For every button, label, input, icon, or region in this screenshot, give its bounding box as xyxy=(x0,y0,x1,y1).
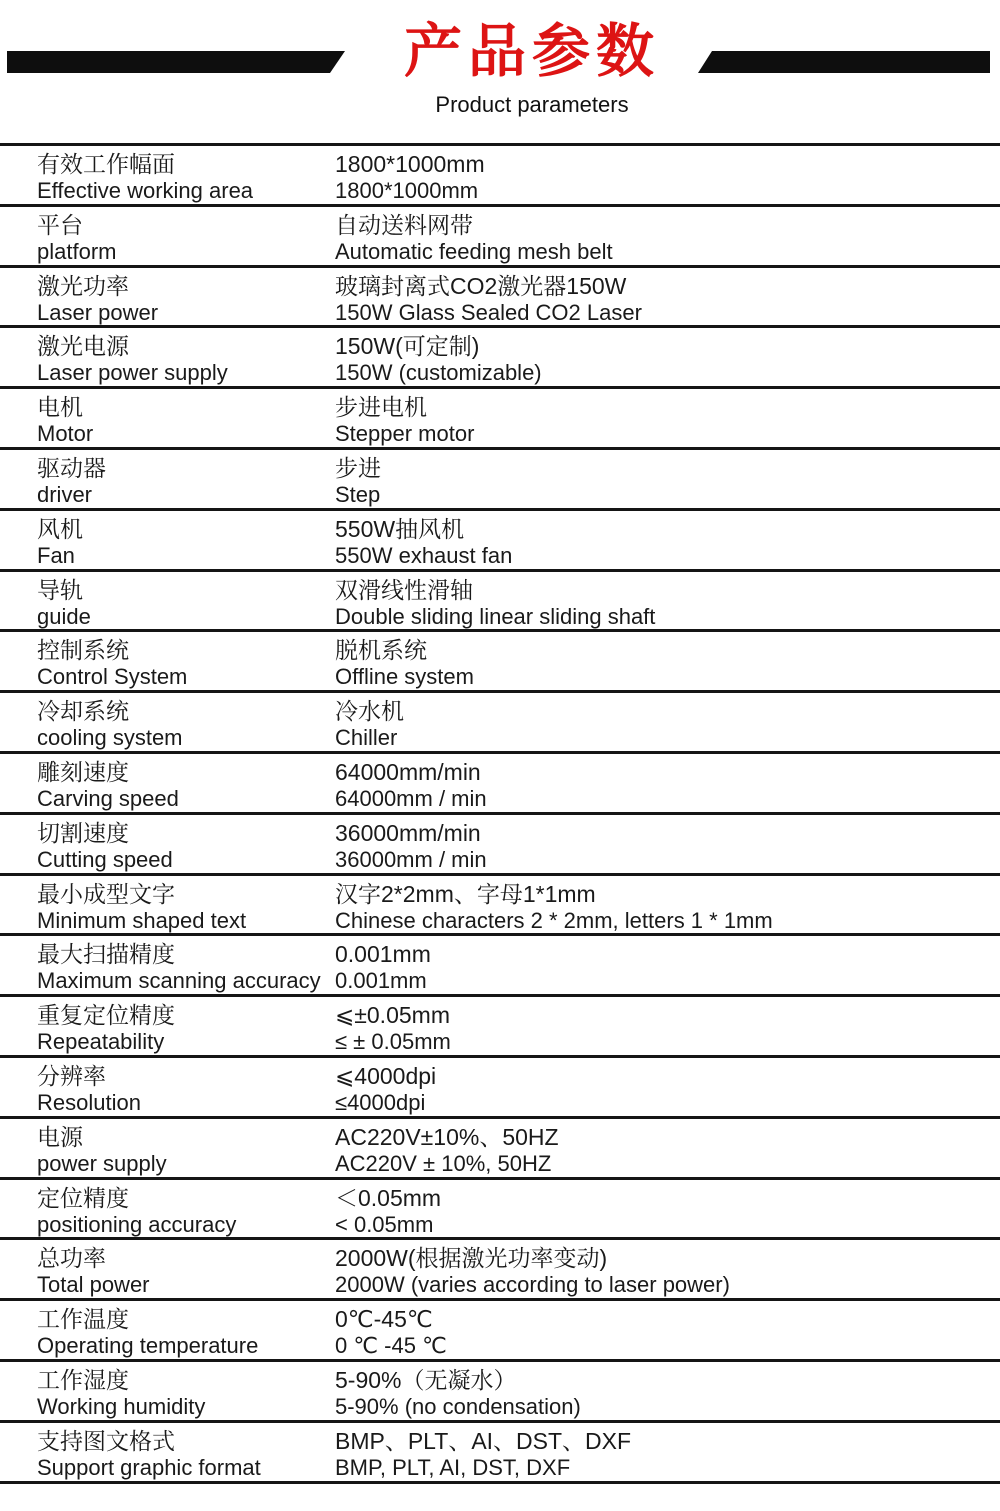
param-label-zh: 最大扫描精度 xyxy=(37,940,335,968)
param-value-en: 0.001mm xyxy=(335,968,1000,994)
param-value-en: Stepper motor xyxy=(335,421,1000,447)
param-value-en: 2000W (varies according to laser power) xyxy=(335,1272,1000,1298)
table-row: 控制系统 Control System 脱机系统 Offline system xyxy=(0,629,1000,690)
param-label-en: cooling system xyxy=(37,725,335,751)
header: 产品参数 Product parameters xyxy=(0,0,1000,143)
table-row: 电源 power supply AC220V±10%、50HZ AC220V ±… xyxy=(0,1116,1000,1177)
param-label-en: Carving speed xyxy=(37,786,335,812)
param-label-en: Support graphic format xyxy=(37,1455,335,1481)
param-value-zh: 0.001mm xyxy=(335,940,1000,968)
param-value-zh: 冷水机 xyxy=(335,697,1000,725)
param-label-en: Resolution xyxy=(37,1090,335,1116)
param-label-en: Minimum shaped text xyxy=(37,908,335,934)
table-row: 最小成型文字 Minimum shaped text 汉字2*2mm、字母1*1… xyxy=(0,873,1000,934)
table-row: 重复定位精度 Repeatability ⩽±0.05mm ≤ ± 0.05mm xyxy=(0,994,1000,1055)
param-label-zh: 导轨 xyxy=(37,576,335,604)
param-value-en: ≤4000dpi xyxy=(335,1090,1000,1116)
param-label-en: power supply xyxy=(37,1151,335,1177)
param-label-en: Laser power supply xyxy=(37,360,335,386)
parameters-table: 有效工作幅面 Effective working area 1800*1000m… xyxy=(0,143,1000,1484)
page-subtitle: Product parameters xyxy=(64,92,1000,118)
param-value-zh: 64000mm/min xyxy=(335,758,1000,786)
param-value-zh: ＜0.05mm xyxy=(335,1184,1000,1212)
param-label-zh: 定位精度 xyxy=(37,1184,335,1212)
param-value-en: 0 ℃ -45 ℃ xyxy=(335,1333,1000,1359)
param-value-en: 550W exhaust fan xyxy=(335,543,1000,569)
table-row: 有效工作幅面 Effective working area 1800*1000m… xyxy=(0,143,1000,204)
param-value-en: Double sliding linear sliding shaft xyxy=(335,604,1000,630)
param-value-en: 5-90% (no condensation) xyxy=(335,1394,1000,1420)
param-label-zh: 工作温度 xyxy=(37,1305,335,1333)
table-row: 工作湿度 Working humidity 5-90%（无凝水） 5-90% (… xyxy=(0,1359,1000,1420)
param-label-zh: 风机 xyxy=(37,515,335,543)
table-row: 定位精度 positioning accuracy ＜0.05mm < 0.05… xyxy=(0,1177,1000,1238)
param-value-zh: 150W(可定制) xyxy=(335,332,1000,360)
table-row: 风机 Fan 550W抽风机 550W exhaust fan xyxy=(0,508,1000,569)
param-label-en: Operating temperature xyxy=(37,1333,335,1359)
table-row: 导轨 guide 双滑线性滑轴 Double sliding linear sl… xyxy=(0,569,1000,630)
page-title: 产品参数 xyxy=(64,22,1000,82)
param-label-zh: 驱动器 xyxy=(37,454,335,482)
param-label-zh: 支持图文格式 xyxy=(37,1427,335,1455)
param-label-en: Working humidity xyxy=(37,1394,335,1420)
param-value-zh: 玻璃封离式CO2激光器150W xyxy=(335,272,1000,300)
table-row: 驱动器 driver 步进 Step xyxy=(0,447,1000,508)
table-row: 冷却系统 cooling system 冷水机 Chiller xyxy=(0,690,1000,751)
table-row: 分辨率 Resolution ⩽4000dpi ≤4000dpi xyxy=(0,1055,1000,1116)
param-label-en: Motor xyxy=(37,421,335,447)
param-value-en: 150W Glass Sealed CO2 Laser xyxy=(335,300,1000,326)
param-value-zh: 汉字2*2mm、字母1*1mm xyxy=(335,880,1000,908)
param-value-en: ≤ ± 0.05mm xyxy=(335,1029,1000,1055)
table-row: 最大扫描精度 Maximum scanning accuracy 0.001mm… xyxy=(0,933,1000,994)
param-label-en: Laser power xyxy=(37,300,335,326)
param-label-zh: 雕刻速度 xyxy=(37,758,335,786)
param-value-en: 1800*1000mm xyxy=(335,178,1000,204)
param-label-zh: 电源 xyxy=(37,1123,335,1151)
table-row: 切割速度 Cutting speed 36000mm/min 36000mm /… xyxy=(0,812,1000,873)
param-label-zh: 工作湿度 xyxy=(37,1366,335,1394)
param-value-zh: 步进 xyxy=(335,454,1000,482)
table-row: 激光功率 Laser power 玻璃封离式CO2激光器150W 150W Gl… xyxy=(0,265,1000,326)
table-row: 工作温度 Operating temperature 0℃-45℃ 0 ℃ -4… xyxy=(0,1298,1000,1359)
table-row: 激光电源 Laser power supply 150W(可定制) 150W (… xyxy=(0,325,1000,386)
param-label-zh: 电机 xyxy=(37,393,335,421)
param-value-en: Offline system xyxy=(335,664,1000,690)
table-row: 支持图文格式 Support graphic format BMP、PLT、AI… xyxy=(0,1420,1000,1481)
param-label-en: Cutting speed xyxy=(37,847,335,873)
param-label-en: Repeatability xyxy=(37,1029,335,1055)
param-label-zh: 冷却系统 xyxy=(37,697,335,725)
param-value-zh: 0℃-45℃ xyxy=(335,1305,1000,1333)
param-label-en: Maximum scanning accuracy xyxy=(37,968,335,994)
param-value-en: 36000mm / min xyxy=(335,847,1000,873)
param-label-zh: 重复定位精度 xyxy=(37,1001,335,1029)
param-value-en: 150W (customizable) xyxy=(335,360,1000,386)
param-label-en: platform xyxy=(37,239,335,265)
param-value-zh: 自动送料网带 xyxy=(335,211,1000,239)
param-value-zh: AC220V±10%、50HZ xyxy=(335,1123,1000,1151)
param-label-en: Total power xyxy=(37,1272,335,1298)
param-label-en: Effective working area xyxy=(37,178,335,204)
param-label-zh: 激光电源 xyxy=(37,332,335,360)
table-row: 总功率 Total power 2000W(根据激光功率变动) 2000W (v… xyxy=(0,1237,1000,1298)
param-value-en: BMP, PLT, AI, DST, DXF xyxy=(335,1455,1000,1481)
product-parameters-page: 产品参数 Product parameters 有效工作幅面 Effective… xyxy=(0,0,1000,1511)
param-label-zh: 平台 xyxy=(37,211,335,239)
param-label-zh: 控制系统 xyxy=(37,636,335,664)
table-row: 平台 platform 自动送料网带 Automatic feeding mes… xyxy=(0,204,1000,265)
param-value-en: Chiller xyxy=(335,725,1000,751)
table-row: 电机 Motor 步进电机 Stepper motor xyxy=(0,386,1000,447)
param-value-en: 64000mm / min xyxy=(335,786,1000,812)
param-value-zh: BMP、PLT、AI、DST、DXF xyxy=(335,1427,1000,1455)
param-label-en: Control System xyxy=(37,664,335,690)
param-value-en: Automatic feeding mesh belt xyxy=(335,239,1000,265)
param-value-en: Chinese characters 2 * 2mm, letters 1 * … xyxy=(335,908,1000,934)
param-label-zh: 总功率 xyxy=(37,1244,335,1272)
param-value-en: AC220V ± 10%, 50HZ xyxy=(335,1151,1000,1177)
param-value-zh: ⩽4000dpi xyxy=(335,1062,1000,1090)
param-value-zh: 36000mm/min xyxy=(335,819,1000,847)
param-value-zh: 双滑线性滑轴 xyxy=(335,576,1000,604)
param-value-zh: 2000W(根据激光功率变动) xyxy=(335,1244,1000,1272)
param-label-zh: 切割速度 xyxy=(37,819,335,847)
param-label-en: guide xyxy=(37,604,335,630)
table-row: 雕刻速度 Carving speed 64000mm/min 64000mm /… xyxy=(0,751,1000,812)
param-label-zh: 最小成型文字 xyxy=(37,880,335,908)
param-label-en: driver xyxy=(37,482,335,508)
param-value-zh: 步进电机 xyxy=(335,393,1000,421)
param-label-zh: 激光功率 xyxy=(37,272,335,300)
param-value-zh: ⩽±0.05mm xyxy=(335,1001,1000,1029)
param-value-zh: 1800*1000mm xyxy=(335,150,1000,178)
param-value-en: < 0.05mm xyxy=(335,1212,1000,1238)
param-value-zh: 5-90%（无凝水） xyxy=(335,1366,1000,1394)
param-label-zh: 分辨率 xyxy=(37,1062,335,1090)
param-label-en: Fan xyxy=(37,543,335,569)
param-value-en: Step xyxy=(335,482,1000,508)
param-value-zh: 550W抽风机 xyxy=(335,515,1000,543)
param-label-en: positioning accuracy xyxy=(37,1212,335,1238)
param-value-zh: 脱机系统 xyxy=(335,636,1000,664)
param-label-zh: 有效工作幅面 xyxy=(37,150,335,178)
